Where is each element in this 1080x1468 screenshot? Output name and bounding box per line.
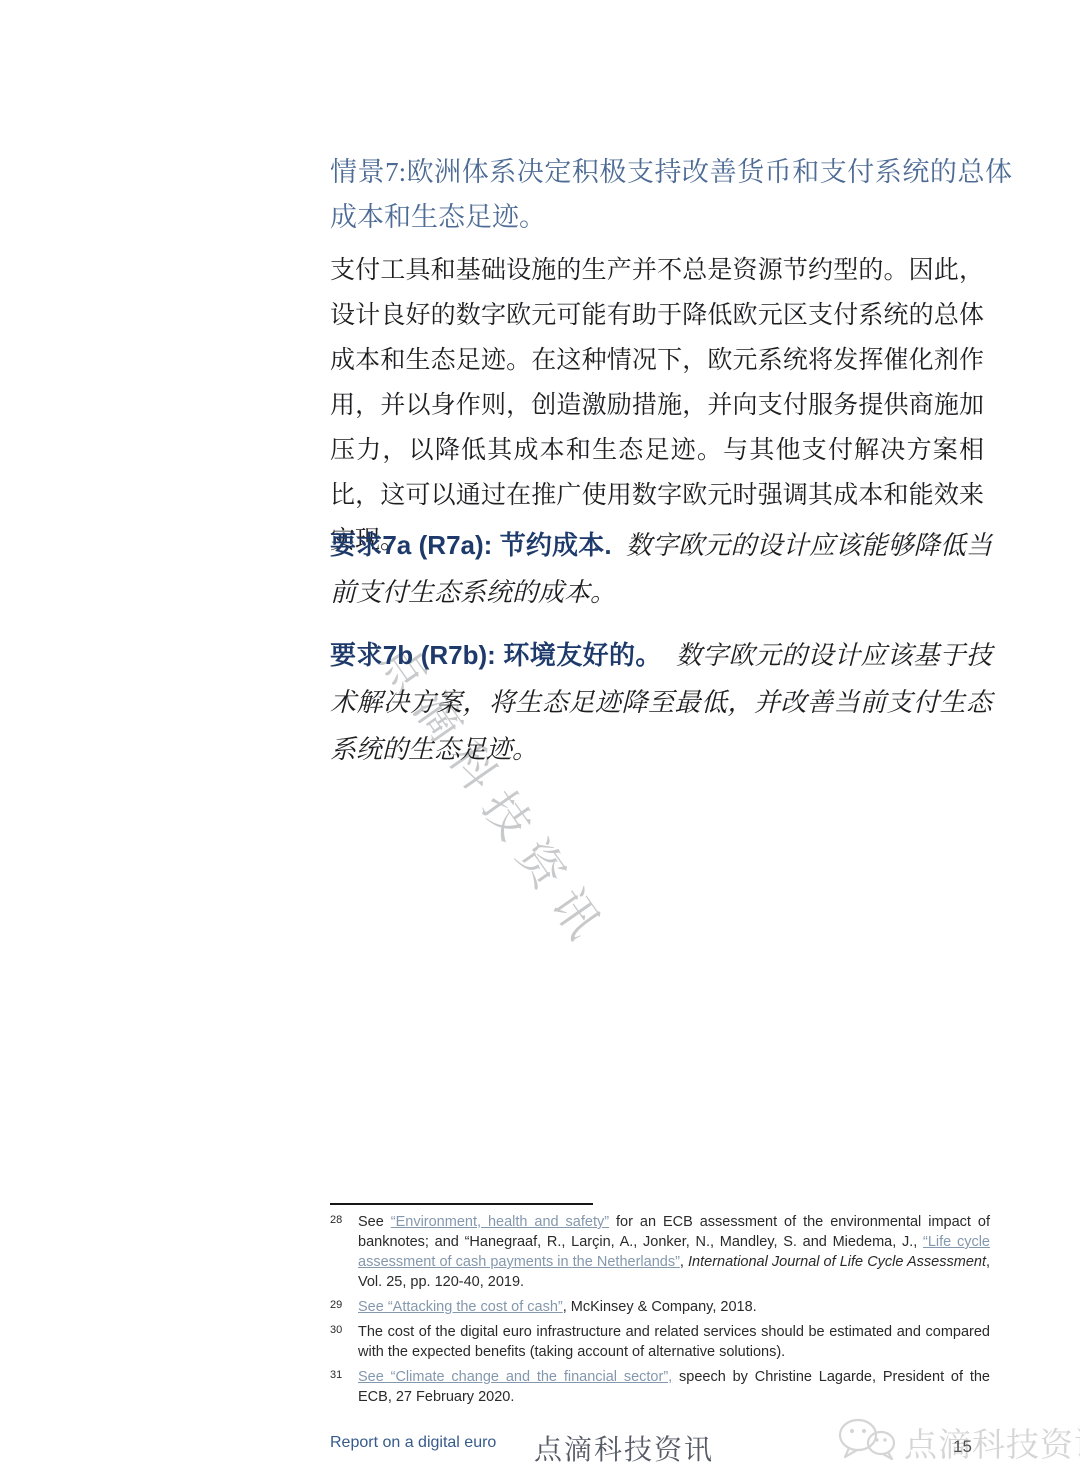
footnote-30: 30The cost of the digital euro infrastru…	[330, 1322, 990, 1362]
footnotes-block: 28See “Environment, health and safety” f…	[330, 1212, 990, 1412]
section-heading: 情景7:欧洲体系决定积极支持改善货币和支付系统的总体成本和生态足迹。	[330, 150, 1012, 240]
footer-logo-brand-text: 点滴科技资讯	[904, 1419, 1080, 1466]
requirement-7a: 要求7a (R7a): 节约成本.数字欧元的设计应该能够降低当前支付生态系统的成…	[330, 522, 992, 616]
requirement-7b-label: 要求7b (R7b): 环境友好的。	[330, 640, 662, 670]
footnote-plain-text: See	[358, 1214, 391, 1230]
requirement-7a-label: 要求7a (R7a): 节约成本.	[330, 530, 612, 560]
footnote-text: See “Attacking the cost of cash”, McKins…	[358, 1297, 990, 1317]
footnote-link[interactable]: “Environment, health and safety”	[391, 1214, 609, 1230]
footnote-italic-title: International Journal of Life Cycle Asse…	[688, 1254, 986, 1270]
footnote-plain-text: ,	[680, 1254, 688, 1270]
body-paragraph: 支付工具和基础设施的生产并不总是资源节约型的。因此，设计良好的数字欧元可能有助于…	[330, 248, 984, 563]
document-page: { "document": { "section_heading": "情景7:…	[0, 0, 1080, 1468]
page-number: 15	[953, 1437, 972, 1457]
footnote-plain-text: , McKinsey & Company, 2018.	[563, 1299, 757, 1315]
footnote-plain-text: The cost of the digital euro infrastruct…	[358, 1324, 990, 1360]
footnote-text: See “Environment, health and safety” for…	[358, 1212, 990, 1292]
footer-report-title: Report on a digital euro	[330, 1434, 496, 1452]
footnote-text: See “Climate change and the financial se…	[358, 1367, 990, 1407]
footnote-number: 30	[330, 1322, 358, 1362]
footnote-number: 29	[330, 1297, 358, 1317]
footnote-text: The cost of the digital euro infrastruct…	[358, 1322, 990, 1362]
wechat-bubbles-icon	[836, 1416, 898, 1468]
footer-center-brand: 点滴科技资讯	[534, 1428, 714, 1468]
footnote-link[interactable]: See “Attacking the cost of cash”	[358, 1299, 563, 1315]
requirement-7b: 要求7b (R7b): 环境友好的。数字欧元的设计应该基于技术解决方案，将生态足…	[330, 632, 992, 773]
footnote-number: 28	[330, 1212, 358, 1292]
footnote-number: 31	[330, 1367, 358, 1407]
footnote-31: 31See “Climate change and the financial …	[330, 1367, 990, 1407]
footnote-28: 28See “Environment, health and safety” f…	[330, 1212, 990, 1292]
footnote-29: 29See “Attacking the cost of cash”, McKi…	[330, 1297, 990, 1317]
footnote-link[interactable]: See “Climate change and the financial se…	[358, 1369, 672, 1385]
footnote-separator	[330, 1203, 593, 1205]
